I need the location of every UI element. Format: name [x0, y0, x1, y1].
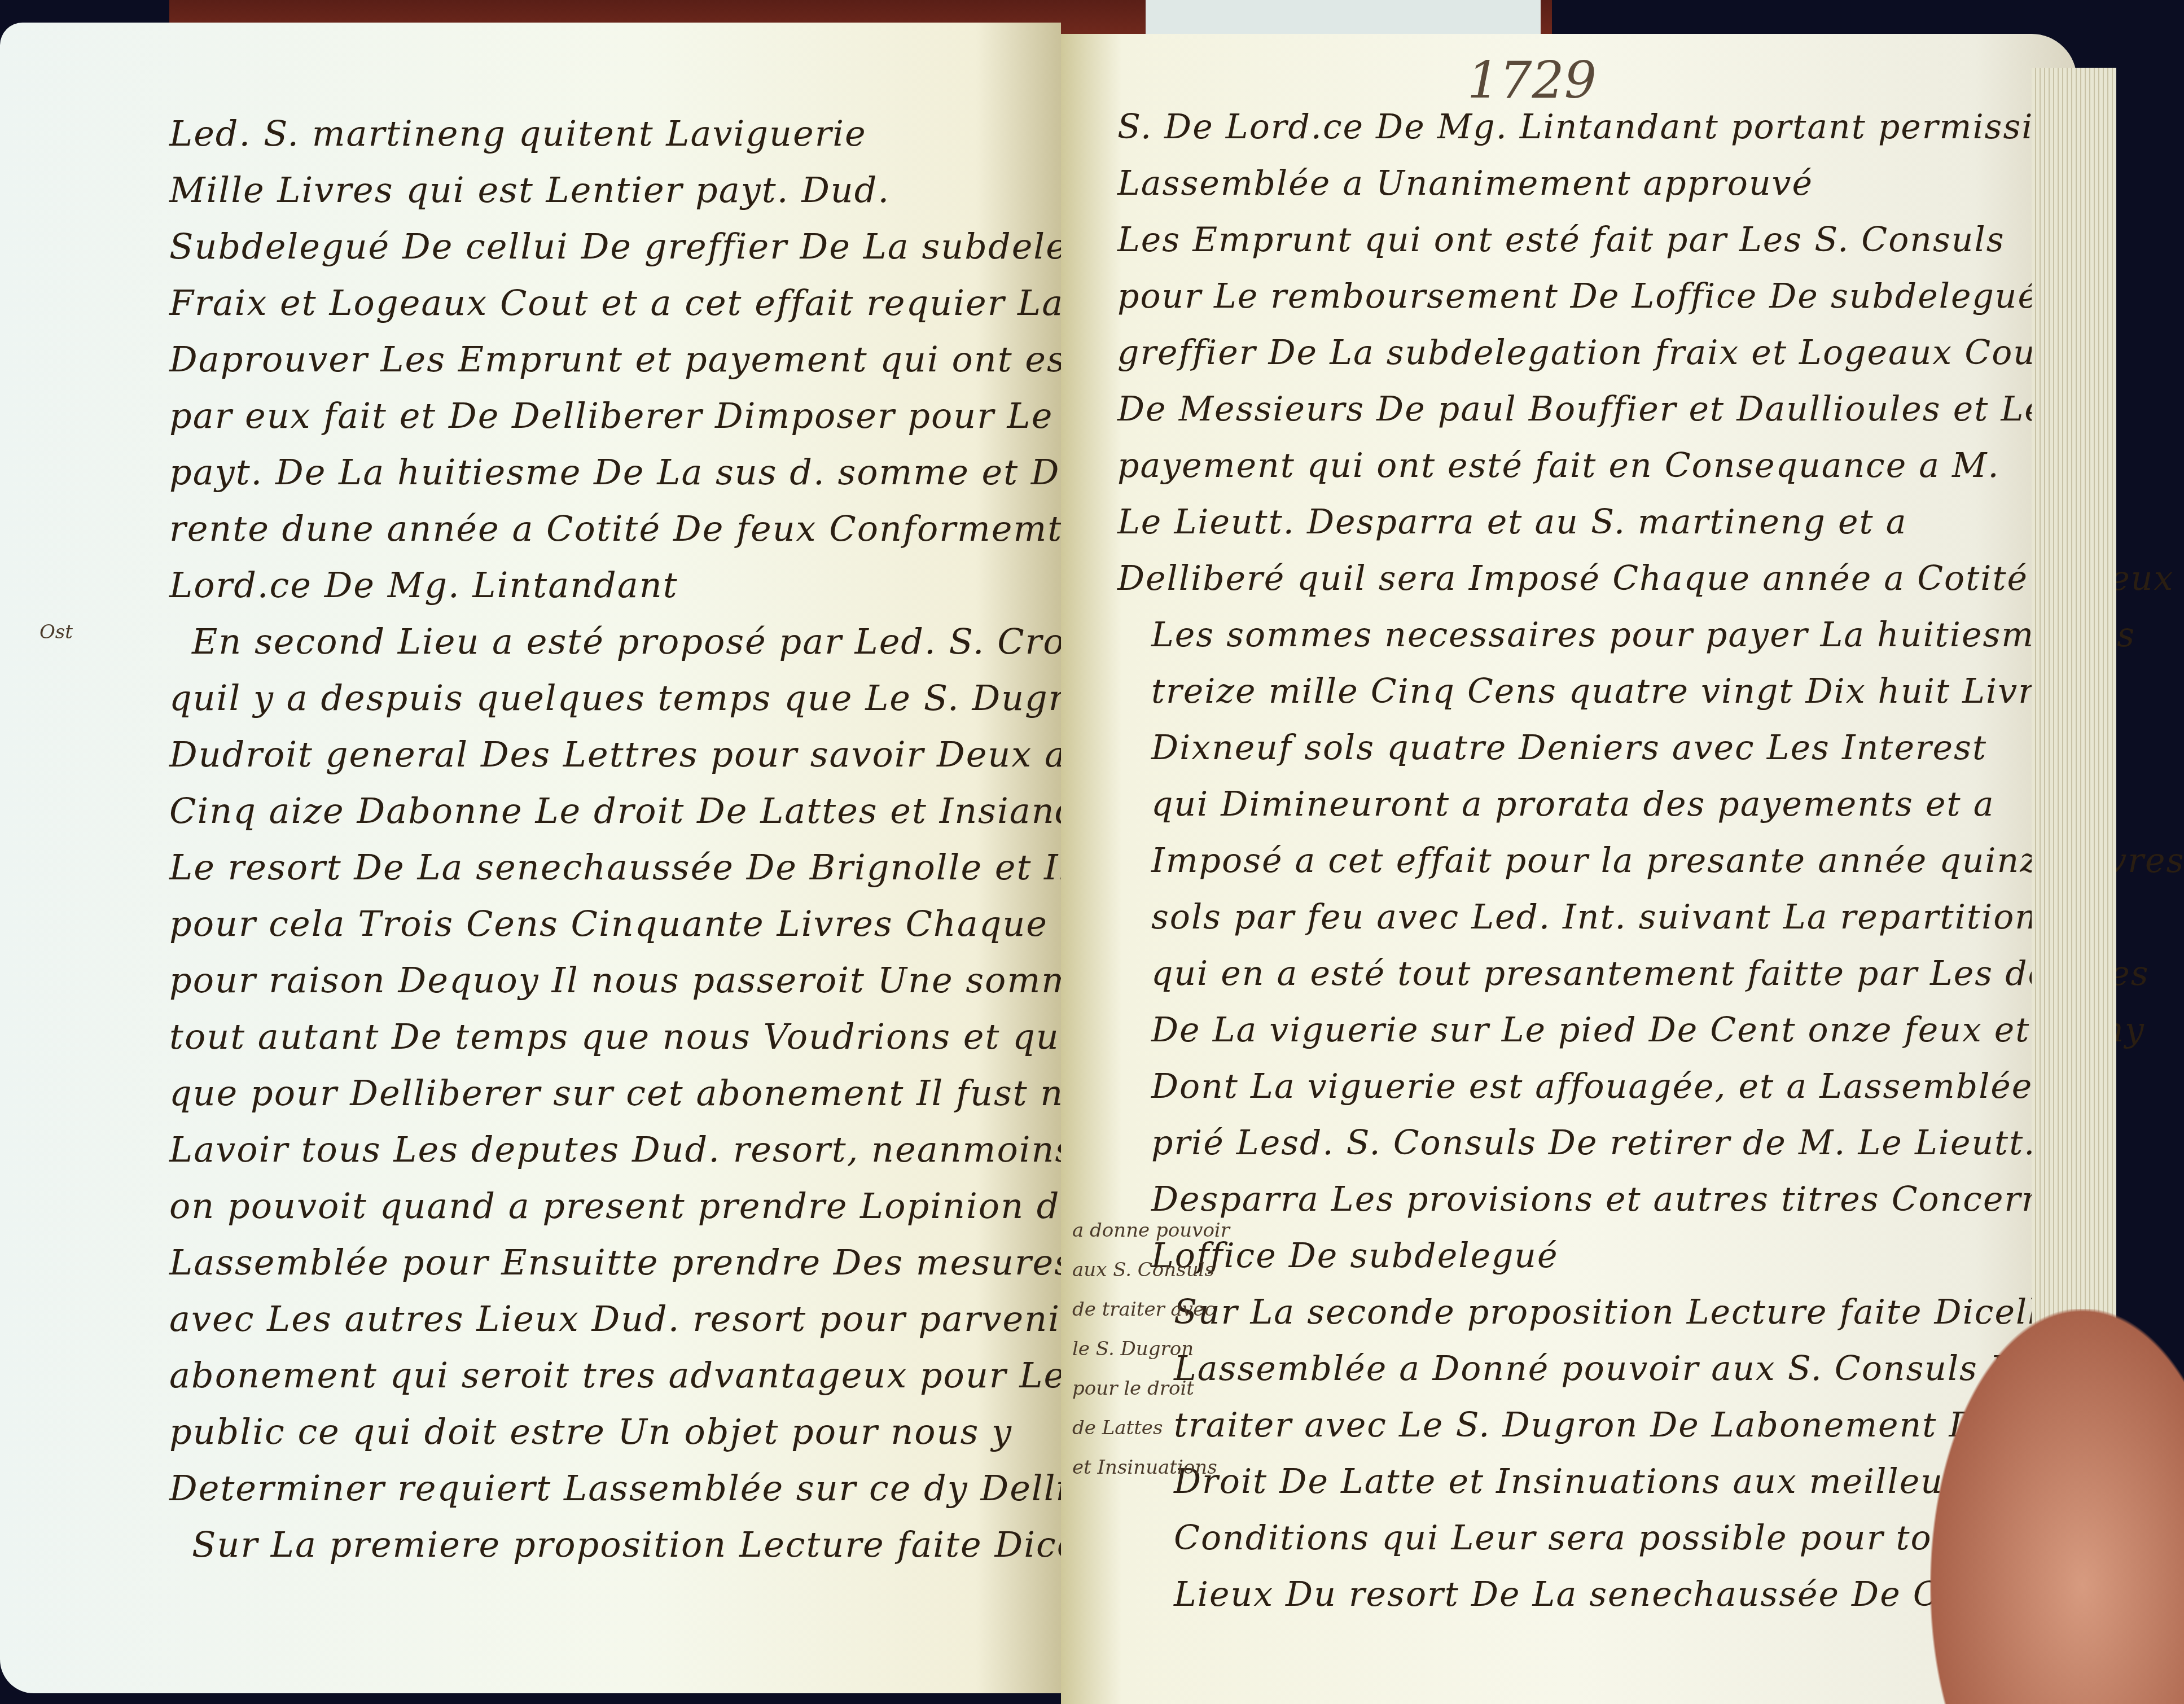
manuscript-line: Determiner requiert Lassemblée sur ce dy…: [169, 1468, 1172, 1509]
manuscript-line: Sur La premiere proposition Lecture fait…: [192, 1524, 1125, 1565]
right-page: 1729 S. De Lord.ce De Mg. Lintandant por…: [1061, 34, 2077, 1704]
left-page: Ost Led. S. martineng quitent Laviguerie…: [0, 23, 1061, 1693]
manuscript-line: avec Les autres Lieux Dud. resort pour p…: [169, 1298, 1172, 1339]
page-number: 1729: [1467, 51, 1597, 110]
manuscript-line: pour cela Trois Cens Cinquante Livres Ch…: [169, 903, 1173, 944]
margin-note: de traiter avec: [1072, 1298, 1215, 1321]
manuscript-line: Sur La seconde proposition Lecture faite…: [1174, 1293, 2061, 1332]
margin-note: de Lattes: [1072, 1417, 1163, 1439]
manuscript-line: Subdelegué De cellui De greffier De La s…: [169, 226, 1187, 267]
manuscript-line: public ce qui doit estre Un objet pour n…: [169, 1411, 1012, 1452]
manuscript-line: rente dune année a Cotité De feux Confor…: [169, 508, 1097, 549]
manuscript-line: Led. S. martineng quitent Laviguerie: [169, 113, 867, 154]
margin-note: a donne pouvoir: [1072, 1219, 1230, 1242]
manuscript-line: Delliberé quil sera Imposé Chaque année …: [1117, 559, 2174, 598]
manuscript-line: Conditions qui Leur sera possible pour t…: [1174, 1518, 2045, 1558]
manuscript-line: Lavoir tous Les deputes Dud. resort, nea…: [169, 1129, 1074, 1170]
manuscript-line: Droit De Latte et Insinuations aux meill…: [1174, 1462, 2001, 1501]
margin-note: aux S. Consuls: [1072, 1259, 1214, 1281]
manuscript-line: Dont La viguerie est affouagée, et a Las…: [1151, 1067, 2033, 1106]
manuscript-line: S. De Lord.ce De Mg. Lintandant portant …: [1117, 107, 2078, 147]
margin-note: Ost: [40, 621, 73, 643]
manuscript-line: Imposé a cet effait pour la presante ann…: [1151, 841, 2184, 881]
manuscript-line: pour Le remboursement De Loffice De subd…: [1117, 277, 2039, 316]
manuscript-line: Lord.ce De Mg. Lintandant: [169, 564, 678, 606]
manuscript-line: Le Lieutt. Desparra et au S. martineng e…: [1117, 502, 1907, 542]
manuscript-line: De La viguerie sur Le pied De Cent onze …: [1151, 1010, 2145, 1050]
manuscript-line: greffier De La subdelegation fraix et Lo…: [1117, 333, 2051, 373]
manuscript-line: Mille Livres qui est Lentier payt. Dud.: [169, 169, 890, 211]
manuscript-line: Lassemblée pour Ensuitte prendre Des mes…: [169, 1242, 1073, 1283]
manuscript-line: par eux fait et De Delliberer Dimposer p…: [169, 395, 1053, 436]
manuscript-line: traiter avec Le S. Dugron De Labonement …: [1174, 1405, 2017, 1445]
manuscript-line: Daprouver Les Emprunt et payement qui on…: [169, 339, 1103, 380]
manuscript-line: Les sommes necessaires pour payer La hui…: [1151, 615, 2135, 655]
margin-note: le S. Dugron: [1072, 1338, 1194, 1360]
manuscript-line: qui en a esté tout presantement faitte p…: [1151, 954, 2150, 993]
manuscript-line: qui Dimineuront a prorata des payements …: [1151, 785, 1994, 824]
margin-note: pour le droit: [1072, 1377, 1194, 1400]
manuscript-line: que pour Delliberer sur cet abonement Il…: [169, 1072, 1179, 1114]
manuscript-line: Lassemblée a Unanimement approuvé: [1117, 164, 1813, 203]
manuscript-line: Lassemblée a Donné pouvoir aux S. Consul…: [1174, 1349, 2040, 1388]
manuscript-line: abonement qui seroit tres advantageux po…: [169, 1355, 1065, 1396]
manuscript-line: payt. De La huitiesme De La sus d. somme…: [169, 452, 1141, 493]
manuscript-line: Desparra Les provisions et autres titres…: [1151, 1180, 2103, 1219]
manuscript-line: Les Emprunt qui ont esté fait par Les S.…: [1117, 220, 2005, 260]
manuscript-line: pour raison Dequoy Il nous passeroit Une…: [169, 960, 1197, 1001]
manuscript-line: sols par feu avec Led. Int. suivant La r…: [1151, 897, 2038, 937]
manuscript-line: payement qui ont esté fait en Consequanc…: [1117, 446, 2000, 485]
manuscript-line: prié Lesd. S. Consuls De retirer de M. L…: [1151, 1123, 2036, 1163]
manuscript-line: De Messieurs De paul Bouffier et Daullio…: [1117, 389, 2064, 429]
manuscript-line: tout autant De temps que nous Voudrions …: [169, 1016, 1103, 1057]
manuscript-line: on pouvoit quand a present prendre Lopin…: [169, 1185, 1082, 1226]
manuscript-line: Dixneuf sols quatre Deniers avec Les Int…: [1151, 728, 1987, 768]
manuscript-line: treize mille Cinq Cens quatre vingt Dix …: [1151, 672, 2075, 711]
margin-note: et Insinuations: [1072, 1456, 1217, 1479]
hand-holding-page: [1930, 1309, 2184, 1704]
